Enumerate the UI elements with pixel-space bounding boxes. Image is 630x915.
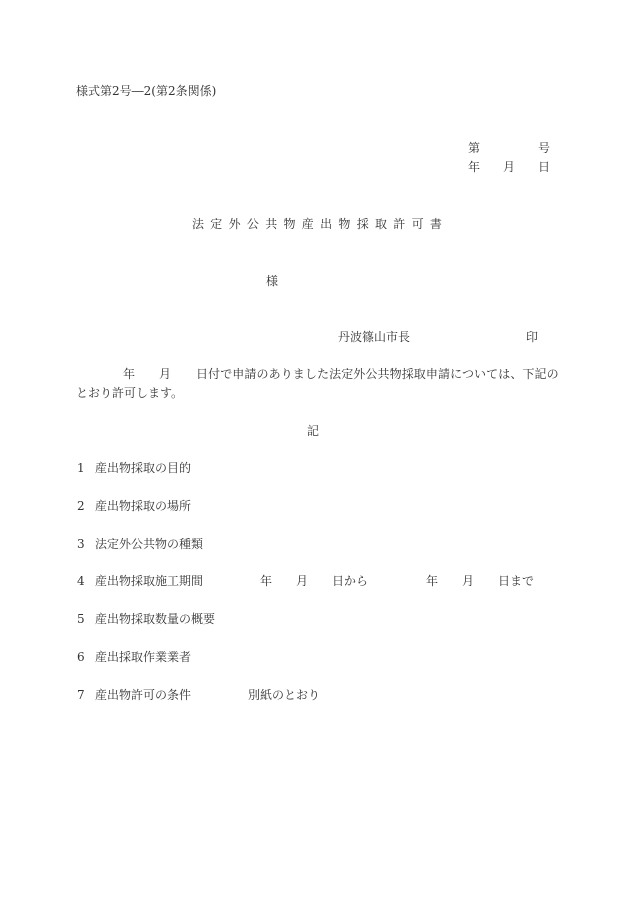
item-label: 産出物許可の条件: [95, 688, 191, 703]
issuer-name: 丹波篠山市長: [338, 330, 410, 345]
body-text-line1: 日付で申請のありました法定外公共物採取申請については、下記の: [196, 367, 559, 382]
item-value: 別紙のとおり: [248, 688, 320, 703]
date-year: 年: [468, 160, 480, 175]
period-to-year: 年: [426, 574, 438, 589]
addressee-suffix: 様: [266, 274, 278, 289]
item-number: 5: [77, 612, 85, 627]
form-number: 様式第2号―2(第2条関係): [76, 84, 216, 99]
item-number: 4: [77, 574, 85, 589]
item-label: 産出物採取の場所: [95, 499, 191, 514]
body-month: 月: [159, 367, 171, 382]
period-from-day: 日から: [332, 574, 368, 589]
seal-mark: 印: [526, 330, 538, 345]
date-month: 月: [503, 160, 515, 175]
item-label: 法定外公共物の種類: [95, 537, 203, 552]
period-to-month: 月: [462, 574, 474, 589]
item-label: 産出採取作業業者: [95, 650, 191, 665]
body-text-line2: とおり許可します。: [76, 386, 183, 401]
body-year: 年: [123, 367, 135, 382]
item-number: 2: [77, 499, 85, 514]
item-label: 産出物採取数量の概要: [95, 612, 215, 627]
document-title: 法定外公共物産出物採取許可書: [192, 217, 448, 232]
item-number: 3: [77, 537, 85, 552]
number-suffix: 号: [538, 141, 550, 156]
ki-heading: 記: [307, 424, 319, 439]
period-from-month: 月: [296, 574, 308, 589]
item-number: 6: [77, 650, 85, 665]
date-day: 日: [538, 160, 550, 175]
document-page: 様式第2号―2(第2条関係) 第 号 年 月 日 法定外公共物産出物採取許可書 …: [0, 0, 630, 915]
item-number: 7: [77, 688, 85, 703]
item-label: 産出物採取の目的: [95, 461, 191, 476]
item-label: 産出物採取施工期間: [95, 574, 203, 589]
period-from-year: 年: [260, 574, 272, 589]
item-number: 1: [77, 461, 85, 476]
number-prefix: 第: [468, 141, 480, 156]
period-to-day: 日まで: [498, 574, 534, 589]
